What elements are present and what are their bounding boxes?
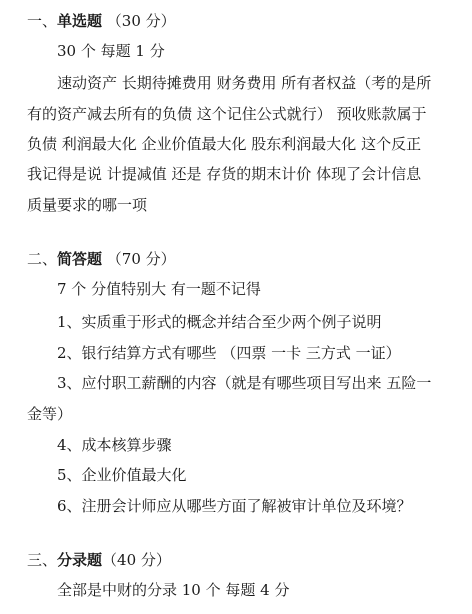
paragraph-line: 负债 利润最大化 企业价值最大化 股东利润最大化 这个反正 [27,135,421,153]
question-item: 1、实质重于形式的概念并结合至少两个例子说明 [57,313,382,331]
section-3-summary: 全部是中财的分录 10 个 每题 4 分 [57,581,289,599]
section-title: 简答题 [57,250,102,268]
question-item: 5、企业价值最大化 [57,466,187,484]
section-number: 二、 [27,250,57,268]
section-number: 一、 [27,12,57,30]
section-score: （40 分） [102,551,171,569]
section-score: （70 分） [102,250,176,268]
section-2-summary: 7 个 分值特别大 有一题不记得 [57,280,261,298]
paragraph-line: 有的资产减去所有的负债 这个记住公式就行） 预收账款属于 [27,105,427,123]
question-item-continuation: 金等） [27,405,72,423]
section-title: 单选题 [57,12,102,30]
question-item: 4、成本核算步骤 [57,436,172,454]
question-item: 3、应付职工薪酬的内容（就是有哪些项目写出来 五险一 [57,374,431,392]
section-1-heading: 一、单选题 （30 分） [27,12,176,30]
section-title: 分录题 [57,551,102,569]
section-number: 三、 [27,551,57,569]
section-2-heading: 二、简答题 （70 分） [27,250,176,268]
section-3-heading: 三、分录题（40 分） [27,551,171,569]
paragraph-line: 质量要求的哪一项 [27,196,147,214]
question-item: 6、注册会计师应从哪些方面了解被审计单位及环境？ [57,497,412,515]
section-1-summary: 30 个 每题 1 分 [57,42,165,60]
section-score: （30 分） [102,12,176,30]
paragraph-line: 我记得是说 计提减值 还是 存货的期末计价 体现了会计信息 [27,165,421,183]
question-item: 2、银行结算方式有哪些 （四票 一卡 三方式 一证） [57,344,401,362]
paragraph-line: 速动资产 长期待摊费用 财务费用 所有者权益（考的是所 [57,74,431,92]
